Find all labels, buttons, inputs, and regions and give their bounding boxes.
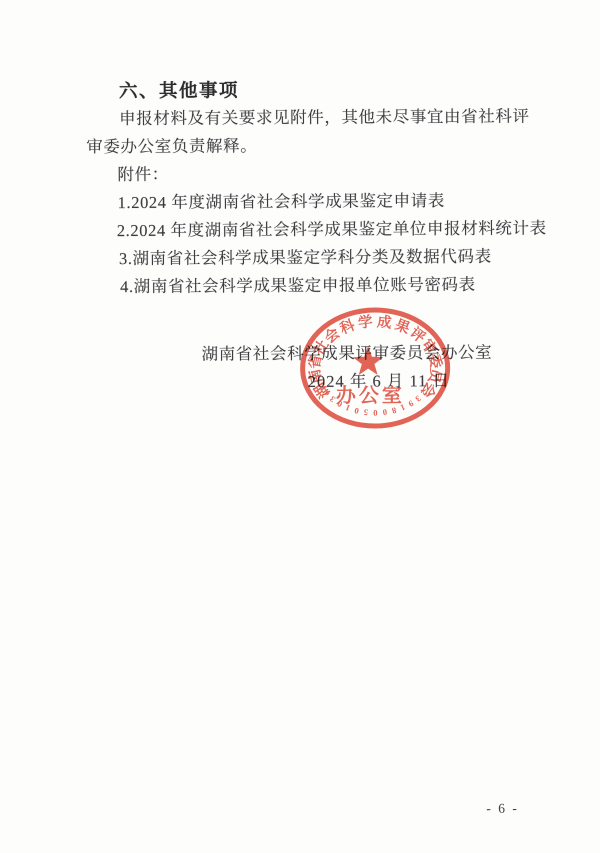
svg-text:1: 1 [399, 402, 407, 413]
svg-text:9: 9 [407, 398, 416, 409]
svg-text:学: 学 [357, 312, 374, 332]
section-heading: 六、其他事项 [119, 76, 239, 103]
seal-star-icon [353, 346, 384, 375]
page-number: - 6 - [486, 801, 519, 817]
official-seal: 湖南省社会科学成果评审委员会 办公室 4301050081932 [292, 285, 458, 451]
svg-text:5: 5 [363, 407, 368, 417]
attachment-item-1: 1.2024 年度湖南省社会科学成果鉴定申请表 [118, 187, 445, 213]
svg-text:3: 3 [413, 394, 423, 404]
paragraph-line-1: 申报材料及有关要求见附件，其他未尽事宜由省社科评 [119, 103, 530, 130]
svg-text:0: 0 [382, 407, 388, 417]
document-page: 六、其他事项 申报材料及有关要求见附件，其他未尽事宜由省社科评 审委办公室负责解… [0, 0, 600, 853]
page-content: 六、其他事项 申报材料及有关要求见附件，其他未尽事宜由省社科评 审委办公室负责解… [0, 0, 600, 853]
svg-text:成: 成 [376, 313, 393, 332]
paragraph-line-2: 审委办公室负责解释。 [86, 132, 257, 157]
attachment-item-2: 2.2024 年度湖南省社会科学成果鉴定单位申报材料统计表 [117, 214, 547, 241]
attachments-label: 附件： [117, 161, 168, 185]
svg-text:0: 0 [373, 408, 377, 418]
official-seal-graphic: 湖南省社会科学成果评审委员会 办公室 4301050081932 [292, 285, 458, 451]
attachment-item-3: 3.湖南省社会科学成果鉴定学科分类及数据代码表 [119, 243, 492, 269]
seal-center-text: 办公室 [336, 383, 405, 407]
